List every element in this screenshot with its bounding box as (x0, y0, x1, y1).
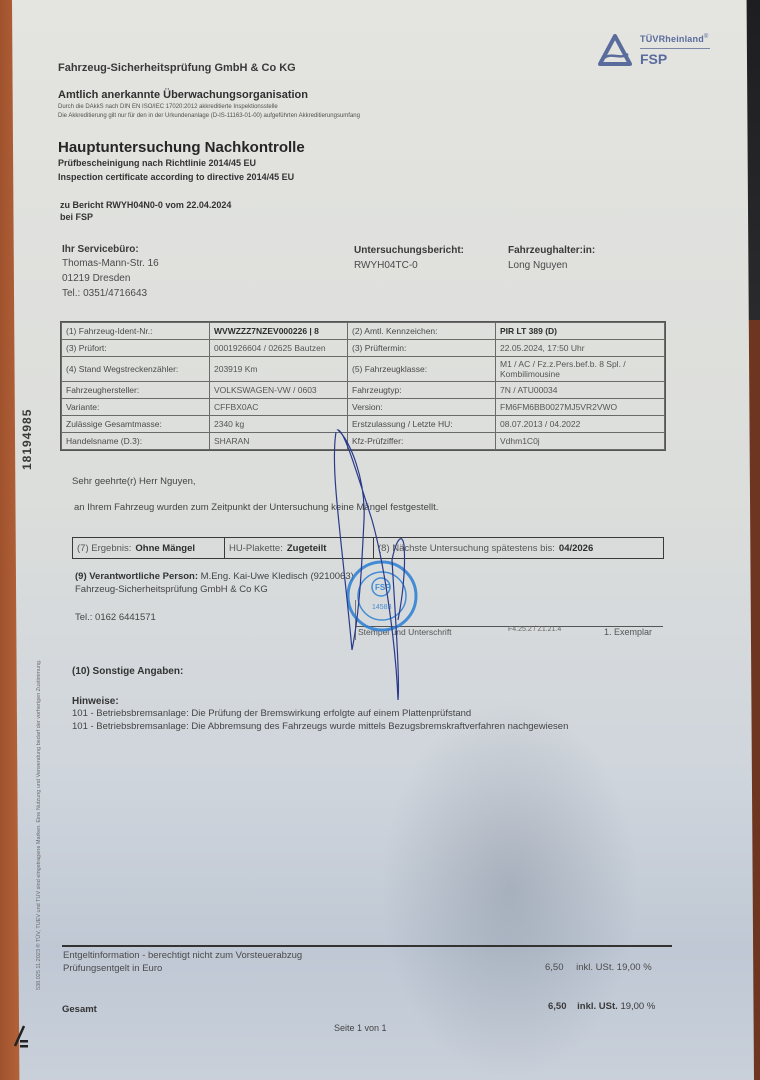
result-next-inspection: (8) Nächste Untersuchung spätestens bis:… (374, 538, 663, 558)
responsible-company: Fahrzeug-Sicherheitsprüfung GmbH & Co KG (75, 584, 268, 595)
field-value: FM6FM6BB0027MJ5VR2VWO (496, 399, 665, 416)
field-label: Erstzulassung / Letzte HU: (348, 416, 496, 433)
field-value: CFFBX0AC (210, 399, 348, 416)
logo-sub-text: FSP (640, 51, 667, 67)
total-label: Gesamt (62, 1004, 97, 1015)
field-label: (4) Stand Wegstreckenzähler: (62, 357, 210, 382)
other-info-title: (10) Sonstige Angaben: (72, 666, 183, 677)
holder-label: Fahrzeughalter:in: (508, 245, 595, 256)
report-number: RWYH04TC-0 (354, 260, 418, 271)
fee-divider (62, 945, 672, 947)
field-label: (2) Amtl. Kennzeichen: (348, 323, 496, 340)
responsible-label: (9) Verantwortliche Person: (75, 571, 198, 582)
letter-greeting: Sehr geehrte(r) Herr Nguyen, (72, 476, 196, 487)
report-label: Untersuchungsbericht: (354, 245, 464, 256)
field-label: (3) Prüftermin: (348, 340, 496, 357)
responsible-phone: Tel.: 0162 6441571 (75, 612, 156, 623)
fee-amount: 6,50 inkl. USt. 19,00 % (545, 962, 652, 973)
tuv-rheinland-logo: TÜVRheinland® FSP (598, 34, 728, 70)
page-number: Seite 1 von 1 (334, 1023, 387, 1033)
accreditation-line-1: Durch die DAkkS nach DIN EN ISO/IEC 1702… (58, 104, 278, 110)
field-value: 7N / ATU00034 (496, 382, 665, 399)
plakette-value: Zugeteilt (287, 543, 327, 554)
field-label: Kfz-Prüfziffer: (348, 433, 496, 450)
field-value: Vdhm1C0j (496, 433, 665, 450)
responsible-person: (9) Verantwortliche Person: M.Eng. Kai-U… (75, 571, 354, 582)
service-office-city: 01219 Dresden (62, 273, 130, 284)
ergebnis-value: Ohne Mängel (135, 543, 195, 554)
field-value: 08.07.2013 / 04.2022 (496, 416, 665, 433)
service-office-phone: Tel.: 0351/4716643 (62, 288, 147, 299)
table-row: Zulässige Gesamtmasse:2340 kgErstzulassu… (62, 416, 665, 433)
table-row: (4) Stand Wegstreckenzähler:203919 Km(5)… (62, 357, 665, 382)
report-reference-at: bei FSP (60, 212, 93, 222)
fee-tax-note: inkl. USt. 19,00 % (576, 962, 652, 973)
hint-item: 101 - Betriebsbremsanlage: Die Abbremsun… (72, 721, 568, 732)
field-label: Variante: (62, 399, 210, 416)
document-title: Hauptuntersuchung Nachkontrolle (58, 139, 305, 156)
side-serial-number: 18194985 (20, 409, 34, 470)
total-tax-rate: 19,00 % (620, 1001, 655, 1012)
form-code: F4.25.2 / Z1.21.4 (508, 626, 561, 633)
hints-title: Hinweise: (72, 696, 119, 707)
corner-mark-icon (12, 1022, 30, 1050)
total-amount-value: 6,50 (548, 1001, 567, 1012)
field-label: Handelsname (D.3): (62, 433, 210, 450)
total-amount: 6,50 inkl. USt. 19,00 % (548, 1001, 655, 1012)
ergebnis-label: (7) Ergebnis: (77, 543, 131, 554)
signature-divider-vertical (355, 600, 356, 640)
side-legal-notice: 538.025 11.2023 ® TÜV, TUEV und TUV sind… (36, 659, 42, 990)
hint-item: 101 - Betriebsbremsanlage: Die Prüfung d… (72, 708, 471, 719)
total-tax-prefix: inkl. USt. (577, 1001, 618, 1012)
responsible-name: M.Eng. Kai-Uwe Kledisch (9210063) (201, 571, 354, 582)
field-value: WVWZZZ7NZEV000226 | 8 (210, 323, 348, 340)
result-ergebnis: (7) Ergebnis:Ohne Mängel (73, 538, 225, 558)
report-reference: zu Bericht RWYH04N0-0 vom 22.04.2024 (60, 200, 231, 210)
field-value: VOLKSWAGEN-VW / 0603 (210, 382, 348, 399)
vehicle-data-table: (1) Fahrzeug-Ident-Nr.:WVWZZZ7NZEV000226… (60, 321, 666, 451)
field-value: PIR LT 389 (D) (496, 323, 665, 340)
fee-amount-value: 6,50 (545, 962, 564, 973)
fee-label: Prüfungsentgelt in Euro (63, 963, 162, 974)
accreditation-line-2: Die Akkreditierung gilt nur für den in d… (58, 113, 360, 119)
tuv-triangle-icon (598, 34, 632, 68)
field-label: (3) Prüfort: (62, 340, 210, 357)
field-label: Fahrzeughersteller: (62, 382, 210, 399)
field-value: 22.05.2024, 17:50 Uhr (496, 340, 665, 357)
result-plakette: HU-Plakette:Zugeteilt (225, 538, 374, 558)
plakette-label: HU-Plakette: (229, 543, 283, 554)
holder-name: Long Nguyen (508, 260, 568, 271)
service-office-label: Ihr Servicebüro: (62, 244, 139, 255)
field-label: Fahrzeugtyp: (348, 382, 496, 399)
field-value: 203919 Km (210, 357, 348, 382)
document-subtitle-de: Prüfbescheinigung nach Richtlinie 2014/4… (58, 158, 256, 168)
fee-info: Entgeltinformation - berechtigt nicht zu… (63, 950, 302, 961)
field-value: 0001926604 / 02625 Bautzen (210, 340, 348, 357)
service-office-street: Thomas-Mann-Str. 16 (62, 258, 159, 269)
letter-body: an Ihrem Fahrzeug wurden zum Zeitpunkt d… (74, 502, 438, 513)
table-row: (3) Prüfort:0001926604 / 02625 Bautzen(3… (62, 340, 665, 357)
copy-label: 1. Exemplar (604, 627, 652, 637)
table-row: (1) Fahrzeug-Ident-Nr.:WVWZZZ7NZEV000226… (62, 323, 665, 340)
org-title: Amtlich anerkannte Überwachungsorganisat… (58, 89, 308, 101)
document-subtitle-en: Inspection certificate according to dire… (58, 172, 294, 182)
field-value: M1 / AC / Fz.z.Pers.bef.b. 8 Spl. / Komb… (496, 357, 665, 382)
field-value: 2340 kg (210, 416, 348, 433)
next-inspection-label: (8) Nächste Untersuchung spätestens bis: (378, 543, 555, 554)
field-label: Version: (348, 399, 496, 416)
table-row: Handelsname (D.3):SHARANKfz-Prüfziffer:V… (62, 433, 665, 450)
field-label: (1) Fahrzeug-Ident-Nr.: (62, 323, 210, 340)
field-label: (5) Fahrzeugklasse: (348, 357, 496, 382)
logo-brand-text: TÜVRheinland® (640, 34, 709, 44)
field-label: Zulässige Gesamtmasse: (62, 416, 210, 433)
table-row: Fahrzeughersteller:VOLKSWAGEN-VW / 0603F… (62, 382, 665, 399)
next-inspection-value: 04/2026 (559, 543, 593, 554)
signature-label: Stempel und Unterschrift (358, 627, 452, 637)
field-value: SHARAN (210, 433, 348, 450)
company-name: Fahrzeug-Sicherheitsprüfung GmbH & Co KG (58, 62, 296, 74)
table-row: Variante:CFFBX0ACVersion:FM6FM6BB0027MJ5… (62, 399, 665, 416)
logo-divider (640, 48, 710, 49)
result-box: (7) Ergebnis:Ohne Mängel HU-Plakette:Zug… (72, 537, 664, 559)
